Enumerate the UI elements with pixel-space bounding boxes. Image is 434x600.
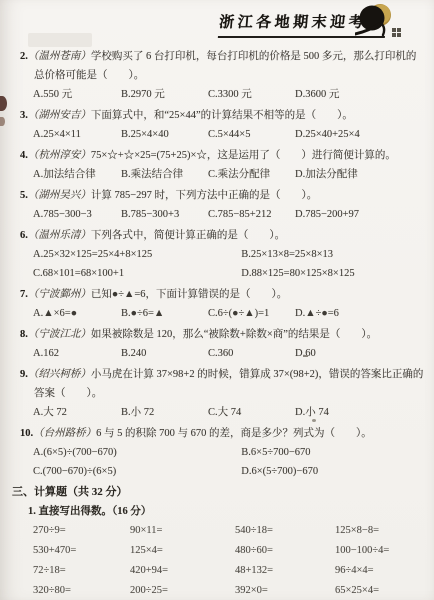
calc-item: 480÷60=	[235, 541, 335, 561]
page-header: 浙江各地期末迎考卷	[0, 0, 434, 44]
option-a: A.785−300−3	[33, 205, 121, 224]
option-b: B.25×13×8=25×8×13	[241, 245, 426, 264]
options-row: A.▲×6=● B.●÷6=▲ C.6÷(●÷▲)=1 D.▲÷●=6	[33, 304, 426, 323]
option-b: B.●÷6=▲	[121, 304, 208, 323]
option-a: A.▲×6=●	[33, 304, 121, 323]
option-c: C.乘法分配律	[208, 165, 295, 184]
question-text: 计算 785−297 时，下列方法中正确的是（ ）。	[91, 190, 317, 201]
option-c: C.360	[208, 344, 295, 363]
question-region: （温州苍南）	[28, 51, 91, 62]
options-row: A.25×4×11 B.25×4×40 C.5×44×5 D.25×40+25×…	[33, 125, 426, 144]
option-d: D.加法分配律	[295, 165, 426, 184]
logo-fine-print	[392, 28, 403, 39]
question-text: 下列各式中，简便计算正确的是（ ）。	[91, 230, 285, 241]
option-c: C.(700−670)÷(6×5)	[33, 462, 241, 481]
question-text: 如果被除数是 120，那么“被除数+除数×商”的结果是（ ）。	[91, 329, 377, 340]
question-10: 10.（台州路桥）6 与 5 的积除 700 与 670 的差，商是多少？列式为…	[20, 424, 426, 481]
option-a: A.加法结合律	[33, 165, 121, 184]
question-stem: 8.（宁波江北）如果被除数是 120，那么“被除数+除数×商”的结果是（ ）。	[20, 325, 426, 344]
option-b: B.乘法结合律	[121, 165, 208, 184]
question-region: （宁波鄞州）	[28, 289, 91, 300]
options-row: A.785−300−3 B.785−300+3 C.785−85+212 D.7…	[33, 205, 426, 224]
option-a: A.162	[33, 344, 121, 363]
question-number: 7.	[20, 289, 28, 300]
question-stem: 7.（宁波鄞州）已知●÷▲=6，下面计算错误的是（ ）。	[20, 285, 426, 304]
question-number: 5.	[20, 190, 28, 201]
brand-moon-pen-icon	[355, 2, 395, 42]
options-row: A.550 元 B.2970 元 C.3300 元 D.3600 元	[33, 85, 426, 104]
question-text: 小马虎在计算 37×98+2 的时候，错算成 37×(98+2)，错误的答案比正…	[34, 369, 423, 399]
question-number: 8.	[20, 329, 28, 340]
question-stem: 5.（湖州吴兴）计算 785−297 时，下列方法中正确的是（ ）。	[20, 186, 426, 205]
option-b: B.785−300+3	[121, 205, 208, 224]
question-2: 2.（温州苍南）学校购买了 6 台打印机，每台打印机的价格是 500 多元，那么…	[20, 47, 426, 104]
calc-item: 96÷4×4=	[335, 561, 426, 581]
calc-item: 65×25×4=	[335, 581, 426, 600]
option-c: C.6÷(●÷▲)=1	[208, 304, 295, 323]
question-stem: 2.（温州苍南）学校购买了 6 台打印机，每台打印机的价格是 500 多元，那么…	[20, 47, 426, 85]
option-d: D.60	[295, 344, 426, 363]
question-region: （杭州淳安）	[28, 150, 91, 161]
calc-item: 125×8−8=	[335, 521, 426, 541]
question-5: 5.（湖州吴兴）计算 785−297 时，下列方法中正确的是（ ）。 A.785…	[20, 186, 426, 224]
calc-item: 125×4=	[130, 541, 235, 561]
option-a: A.大 72	[33, 403, 121, 422]
question-text: 下面算式中，和“25×44”的计算结果不相等的是（ ）。	[91, 110, 353, 121]
option-c: C.68×101=68×100+1	[33, 264, 241, 283]
calc-item: 270÷9=	[33, 521, 130, 541]
calc-item: 48+132=	[235, 561, 335, 581]
options-row: A.162 B.240 C.360 D.60	[33, 344, 426, 363]
question-4: 4.（杭州淳安）75×☆+☆×25=(75+25)×☆，这是运用了（ ）进行简便…	[20, 146, 426, 184]
question-region: （湖州吴兴）	[28, 190, 91, 201]
question-6: 6.（温州乐清）下列各式中，简便计算正确的是（ ）。 A.25×32×125=2…	[20, 226, 426, 283]
option-a: A.(6×5)÷(700−670)	[33, 443, 241, 462]
question-text: 75×☆+☆×25=(75+25)×☆，这是运用了（ ）进行简便计算的。	[91, 150, 396, 161]
questions-area: 2.（温州苍南）学校购买了 6 台打印机，每台打印机的价格是 500 多元，那么…	[0, 44, 434, 600]
option-d: D.88×125=80×125×8×125	[241, 264, 426, 283]
calc-item: 72÷18=	[33, 561, 130, 581]
exam-page: 浙江各地期末迎考卷 2.（温州苍南）学校购买了 6 台打印机，每台打印机的价格是…	[0, 0, 434, 600]
calc-item: 392×0=	[235, 581, 335, 600]
option-d: D.▲÷●=6	[295, 304, 426, 323]
option-d: D.25×40+25×4	[295, 125, 426, 144]
question-text: 学校购买了 6 台打印机，每台打印机的价格是 500 多元，那么打印机的总价格可…	[34, 51, 416, 81]
question-text: 已知●÷▲=6，下面计算错误的是（ ）。	[91, 289, 287, 300]
options-row: A.25×32×125=25×4+8×125 B.25×13×8=25×8×13…	[33, 245, 426, 283]
option-a: A.25×32×125=25×4+8×125	[33, 245, 241, 264]
question-stem: 3.（湖州安吉）下面算式中，和“25×44”的计算结果不相等的是（ ）。	[20, 106, 426, 125]
question-stem: 10.（台州路桥）6 与 5 的积除 700 与 670 的差，商是多少？列式为…	[20, 424, 426, 443]
option-d: D.3600 元	[295, 85, 426, 104]
options-row: A.(6×5)÷(700−670) B.6×5÷700−670 C.(700−6…	[33, 443, 426, 481]
calc-item: 540÷18=	[235, 521, 335, 541]
option-b: B.2970 元	[121, 85, 208, 104]
option-c: C.785−85+212	[208, 205, 295, 224]
option-c: C.5×44×5	[208, 125, 295, 144]
calc-item: 200÷25=	[130, 581, 235, 600]
option-a: A.550 元	[33, 85, 121, 104]
question-stem: 6.（温州乐清）下列各式中，简便计算正确的是（ ）。	[20, 226, 426, 245]
calc-item: 320÷80=	[33, 581, 130, 600]
calc-item: 420+94=	[130, 561, 235, 581]
calc-item: 90×11=	[130, 521, 235, 541]
options-row: A.大 72 B.小 72 C.大 74 D.小 74	[33, 403, 426, 422]
section-3-heading: 三、计算题（共 32 分）	[12, 483, 426, 502]
mental-math-grid: 270÷9= 90×11= 540÷18= 125×8−8= 530+470= …	[33, 521, 426, 600]
scan-smudge	[0, 117, 5, 126]
option-d: D.6×(5÷700)−670	[241, 462, 426, 481]
question-region: （台州路桥）	[33, 428, 96, 439]
option-c: C.3300 元	[208, 85, 295, 104]
options-row: A.加法结合律 B.乘法结合律 C.乘法分配律 D.加法分配律	[33, 165, 426, 184]
option-a: A.25×4×11	[33, 125, 121, 144]
question-number: 6.	[20, 230, 28, 241]
option-b: B.小 72	[121, 403, 208, 422]
question-region: （宁波江北）	[28, 329, 91, 340]
question-stem: 9.（绍兴柯桥）小马虎在计算 37×98+2 的时候，错算成 37×(98+2)…	[20, 365, 426, 403]
scan-speck	[312, 419, 316, 422]
option-b: B.240	[121, 344, 208, 363]
question-number: 9.	[20, 369, 28, 380]
calc-item: 530+470=	[33, 541, 130, 561]
option-b: B.6×5÷700−670	[241, 443, 426, 462]
question-8: 8.（宁波江北）如果被除数是 120，那么“被除数+除数×商”的结果是（ ）。 …	[20, 325, 426, 363]
calc-item: 100−100÷4=	[335, 541, 426, 561]
question-number: 10.	[20, 428, 33, 439]
question-7: 7.（宁波鄞州）已知●÷▲=6，下面计算错误的是（ ）。 A.▲×6=● B.●…	[20, 285, 426, 323]
question-number: 4.	[20, 150, 28, 161]
option-b: B.25×4×40	[121, 125, 208, 144]
question-3: 3.（湖州安吉）下面算式中，和“25×44”的计算结果不相等的是（ ）。 A.2…	[20, 106, 426, 144]
question-region: （绍兴柯桥）	[28, 369, 91, 380]
option-d: D.785−200+97	[295, 205, 426, 224]
question-number: 3.	[20, 110, 28, 121]
question-stem: 4.（杭州淳安）75×☆+☆×25=(75+25)×☆，这是运用了（ ）进行简便…	[20, 146, 426, 165]
question-number: 2.	[20, 51, 28, 62]
question-region: （温州乐清）	[28, 230, 91, 241]
scan-speck	[303, 355, 308, 357]
option-c: C.大 74	[208, 403, 295, 422]
question-text: 6 与 5 的积除 700 与 670 的差，商是多少？列式为（ ）。	[96, 428, 372, 439]
question-9: 9.（绍兴柯桥）小马虎在计算 37×98+2 的时候，错算成 37×(98+2)…	[20, 365, 426, 422]
question-region: （湖州安吉）	[28, 110, 91, 121]
section-3-item-1: 1. 直接写出得数。（16 分）	[28, 502, 426, 521]
